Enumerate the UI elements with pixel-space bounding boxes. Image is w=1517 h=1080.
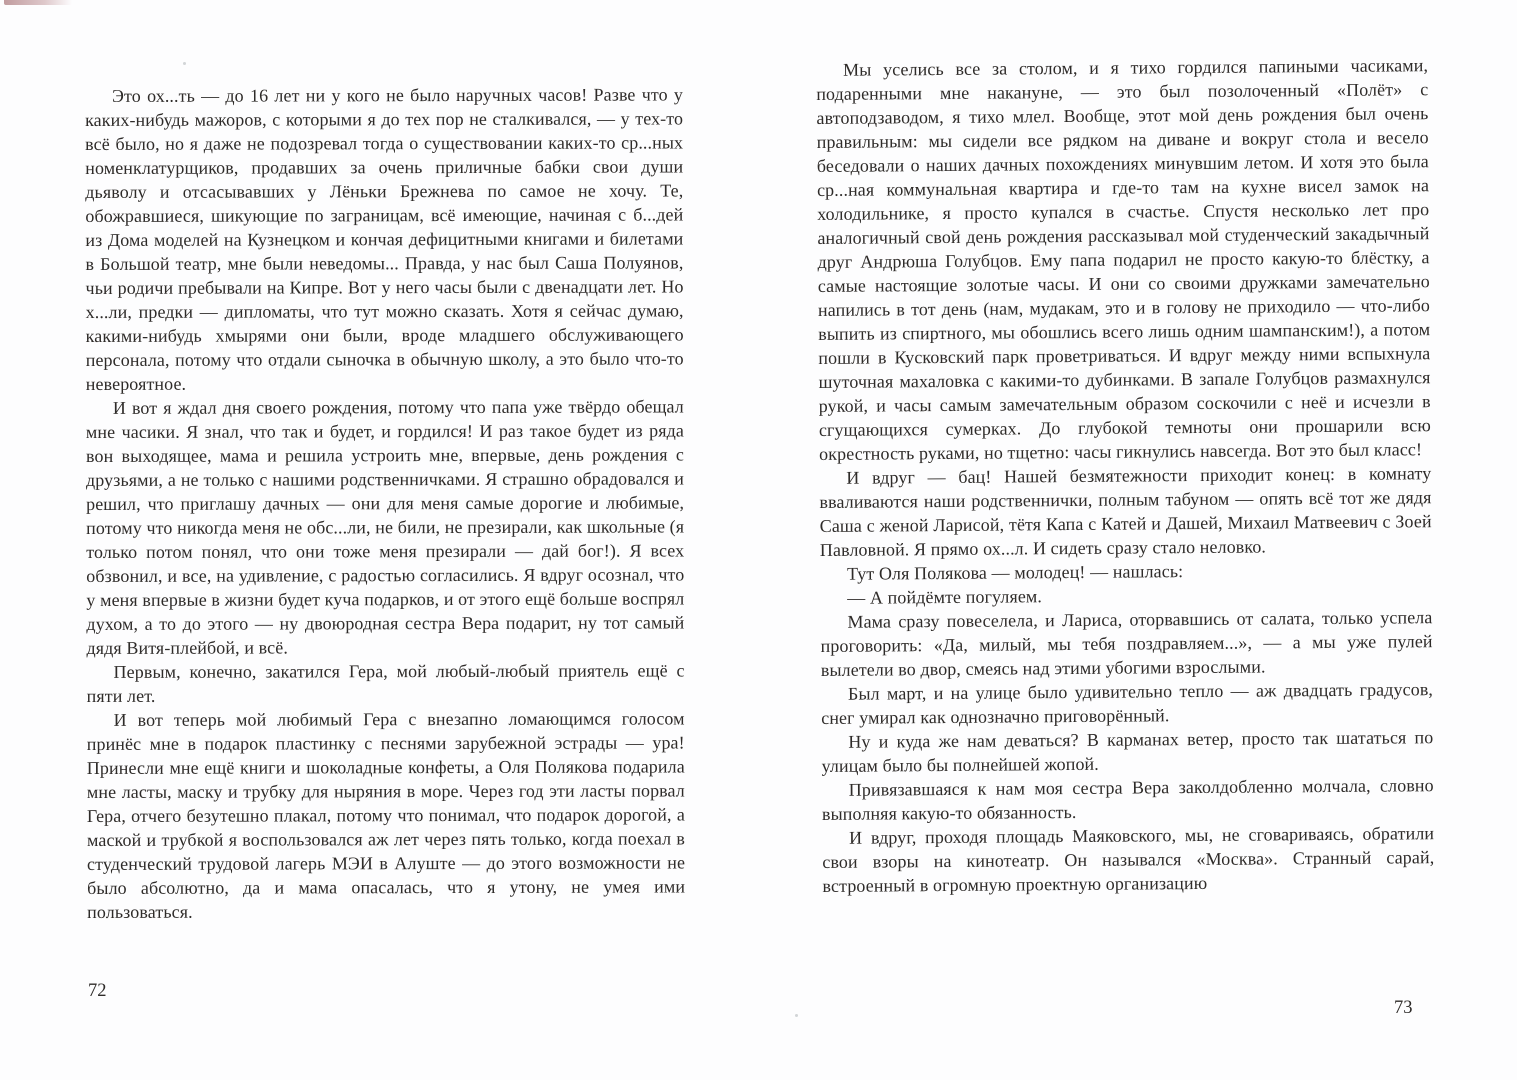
page-number-right: 73 [1394, 998, 1413, 1019]
paragraph: Был март, и на улице было удивительно те… [821, 677, 1433, 730]
paragraph: Мы уселись все за столом, и я тихо горди… [816, 53, 1431, 466]
scan-ink-mark [4, 0, 72, 5]
paragraph: Ну и куда же нам деваться? В карманах ве… [821, 725, 1433, 778]
paragraph: И вдруг — бац! Нашей безмятежности прихо… [819, 461, 1432, 562]
left-page-text: Это ох...ть — до 16 лет ни у кого не был… [85, 82, 685, 924]
paragraph: И вот я ждал дня своего рождения, потому… [86, 394, 685, 660]
paragraph: Привязавшаяся к нам моя сестра Вера зако… [822, 773, 1434, 826]
paragraph: Это ох...ть — до 16 лет ни у кого не был… [85, 82, 684, 396]
paragraph: Мама сразу повеселела, и Лариса, оторвав… [820, 605, 1433, 682]
scan-speck [795, 1014, 798, 1017]
scan-speck [183, 62, 186, 65]
paragraph: И вдруг, проходя площадь Маяковского, мы… [822, 821, 1435, 898]
page-number-left: 72 [88, 981, 107, 1002]
right-page-text: Мы уселись все за столом, и я тихо горди… [816, 53, 1435, 898]
paragraph: Первым, конечно, закатился Гера, мой люб… [87, 658, 685, 708]
paragraph: И вот теперь мой любимый Гера с внезапно… [87, 706, 686, 924]
